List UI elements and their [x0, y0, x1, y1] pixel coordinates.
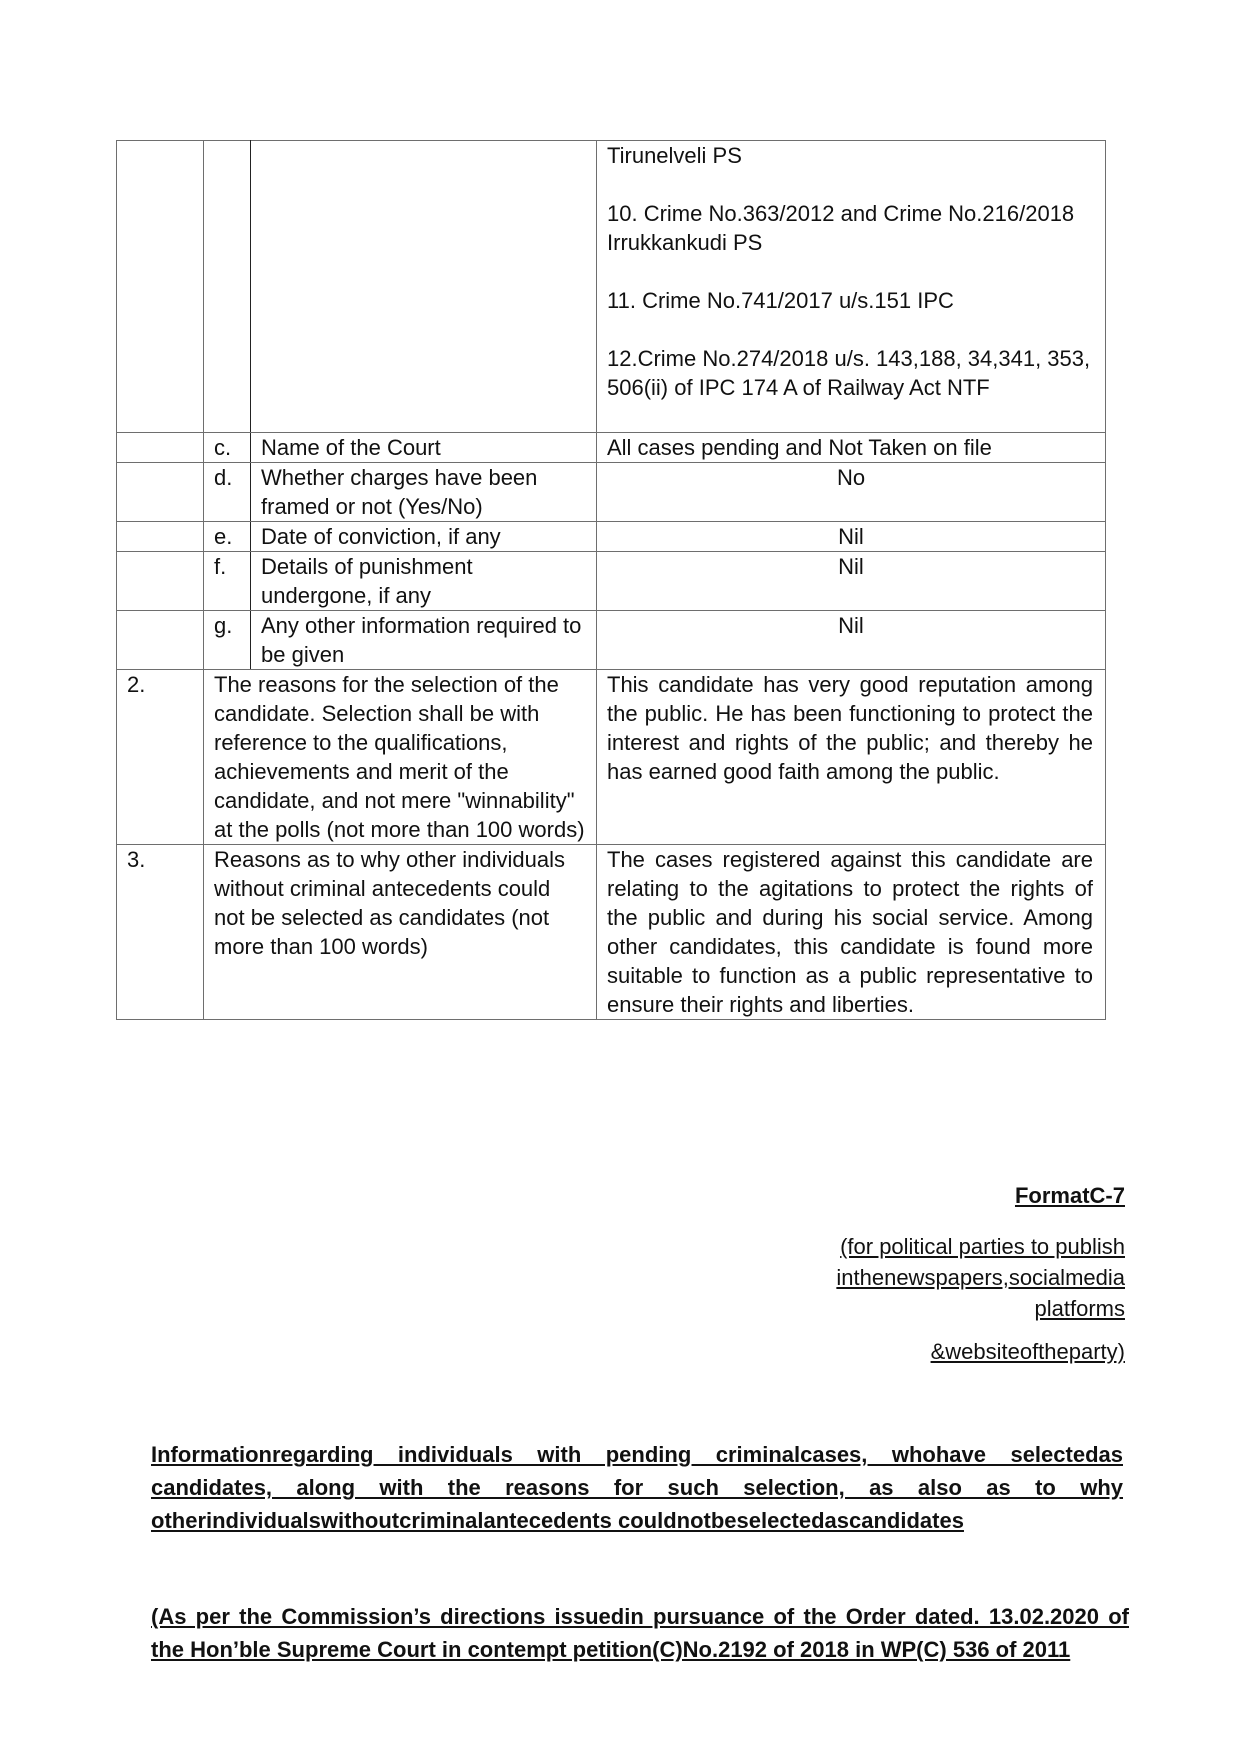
row-letter: f.	[204, 552, 251, 611]
crime-entry: 11. Crime No.741/2017 u/s.151 IPC	[607, 286, 1095, 315]
row-label: Name of the Court	[251, 433, 597, 463]
table-row-selection-reasons: 2. The reasons for the selection of the …	[117, 670, 1106, 845]
table-row-other-individuals-reasons: 3. Reasons as to why other individuals w…	[117, 845, 1106, 1020]
table-row: e. Date of conviction, if any Nil	[117, 522, 1106, 552]
row-label: Whether charges have been framed or not …	[251, 463, 597, 522]
crime-entry: Tirunelveli PS	[607, 141, 1095, 170]
table-row: c. Name of the Court All cases pending a…	[117, 433, 1106, 463]
row-value: Nil	[597, 552, 1106, 611]
row-value: Nil	[597, 611, 1106, 670]
format-subtitle-line: &websiteoftheparty)	[836, 1336, 1125, 1367]
row-label: The reasons for the selection of the can…	[204, 670, 597, 845]
crime-entry: 12.Crime No.274/2018 u/s. 143,188, 34,34…	[607, 344, 1095, 402]
row-number: 2.	[117, 670, 204, 845]
format-title: FormatC-7	[836, 1180, 1125, 1211]
row-label: Reasons as to why other individuals with…	[204, 845, 597, 1020]
criminal-antecedents-table: Tirunelveli PS 10. Crime No.363/2012 and…	[116, 140, 1106, 1020]
row-value: Nil	[597, 522, 1106, 552]
row-value: No	[597, 463, 1106, 522]
format-subtitle-line: (for political parties to publish	[836, 1231, 1125, 1262]
table-row-continuation: Tirunelveli PS 10. Crime No.363/2012 and…	[117, 141, 1106, 433]
row-letter: g.	[204, 611, 251, 670]
directions-note: (As per the Commission’s directions issu…	[151, 1600, 1129, 1666]
row-letter: c.	[204, 433, 251, 463]
row-value: The cases registered against this candid…	[597, 845, 1106, 1020]
info-heading: Informationregarding individuals with pe…	[151, 1438, 1123, 1537]
table-row: d. Whether charges have been framed or n…	[117, 463, 1106, 522]
blank-cell	[204, 141, 251, 433]
crime-list-cell: Tirunelveli PS 10. Crime No.363/2012 and…	[597, 141, 1106, 433]
format-block: FormatC-7 (for political parties to publ…	[836, 1180, 1125, 1367]
table-row: g. Any other information required to be …	[117, 611, 1106, 670]
crime-entry: 10. Crime No.363/2012 and Crime No.216/2…	[607, 199, 1095, 257]
row-number: 3.	[117, 845, 204, 1020]
row-letter: e.	[204, 522, 251, 552]
blank-cell	[117, 141, 204, 433]
row-value: All cases pending and Not Taken on file	[597, 433, 1106, 463]
format-subtitle-line: platforms	[836, 1293, 1125, 1324]
format-subtitle-line: inthenewspapers,socialmedia	[836, 1262, 1125, 1293]
table-row: f. Details of punishment undergone, if a…	[117, 552, 1106, 611]
row-value: This candidate has very good reputation …	[597, 670, 1106, 845]
blank-cell	[251, 141, 597, 433]
row-label: Details of punishment undergone, if any	[251, 552, 597, 611]
row-label: Date of conviction, if any	[251, 522, 597, 552]
row-label: Any other information required to be giv…	[251, 611, 597, 670]
row-letter: d.	[204, 463, 251, 522]
